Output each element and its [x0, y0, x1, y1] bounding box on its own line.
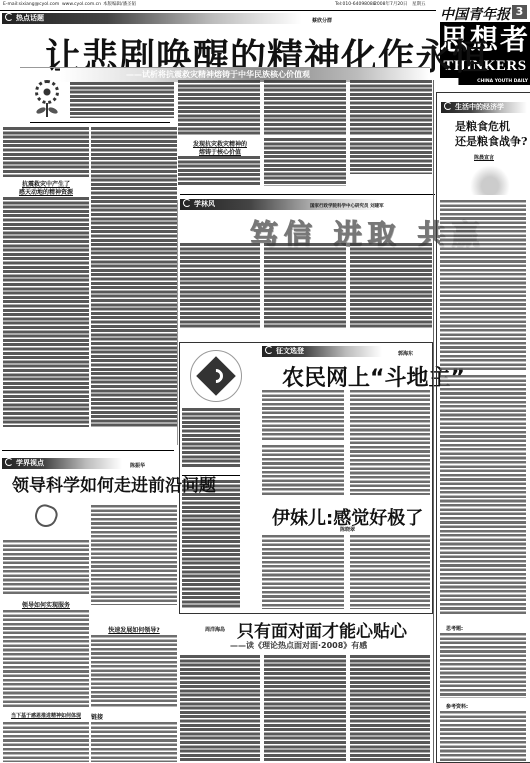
xuejie-subhead-3: 当下基于感恩推进精神如何体现 [3, 712, 89, 719]
header-website: www.cyol.com.cn [62, 0, 101, 10]
core-values-logo [190, 350, 242, 402]
lead-intro-text [70, 82, 174, 118]
zhengwen-col1-a [182, 408, 240, 468]
subheadline-text: ——试析将抗震救灾精神熔铸于中华民族核心价值观 [126, 70, 310, 79]
header-date: 2008年7月20日 [374, 0, 408, 10]
sidebar-text-a [440, 200, 526, 370]
sidebar-byline: 陈晨宣言 [474, 154, 494, 161]
xuejie-byline: 陈振华 [130, 462, 145, 469]
xuejie-subhead-2: 快速发展如何领导? [91, 625, 177, 634]
lily-illustration-icon [32, 502, 60, 530]
flower-illustration [32, 80, 62, 120]
section-label: 生活中的经济学 [455, 103, 504, 111]
leaf-icon [47, 106, 58, 115]
face-byline: 周洋海岛 [205, 626, 225, 633]
lead-col4-top [264, 80, 346, 136]
xuejie-link-label: 链接 [91, 712, 103, 721]
xuelin-byline: 国家行政学院科学中心研究员 刘建军 [310, 203, 384, 209]
sidebar-headline-2: 还是粮食战争? [455, 133, 527, 149]
lead-col1-a [3, 127, 89, 177]
lead-col5-b [350, 138, 432, 174]
section-label: 学界视点 [16, 459, 44, 467]
xuelin-col2 [264, 243, 346, 328]
sidebar-notes-label: 参考资料: [446, 703, 468, 710]
page-number: 3 [512, 5, 527, 19]
section-label: 学林风 [194, 200, 215, 208]
column-divider [177, 200, 178, 445]
yimeier-col1 [262, 535, 344, 609]
face-headline: 只有面对面才能心贴心 [237, 617, 407, 642]
section-icon [183, 199, 191, 207]
lead-col1-b [3, 197, 89, 427]
flower-head-icon [35, 80, 59, 104]
intro-rule [30, 122, 170, 123]
lead-col5-top [350, 80, 432, 136]
section-rule [2, 450, 174, 451]
section-icon [5, 458, 13, 466]
lead-col3-top [178, 80, 260, 136]
xuejie-headline: 领导科学如何走进前沿问题 [12, 471, 216, 496]
lead-col2 [91, 127, 177, 427]
yimeier-col2 [350, 535, 430, 609]
lead-subhead-4: 熔铸于核心价值 [180, 147, 260, 156]
section-label: 热点话题 [16, 14, 44, 22]
sidebar-questions [440, 633, 526, 698]
header-rule [0, 10, 436, 11]
zhengwen-col2-a [262, 390, 344, 440]
face-col3 [350, 655, 430, 761]
xuejie-col2-a [91, 505, 177, 605]
section-icon [5, 13, 13, 21]
sidebar-text-b [440, 375, 526, 615]
face-subheadline: ——读《理论热点面对面·2008》有感 [230, 640, 367, 651]
section-bar-xuejie: 学界视点 [2, 458, 122, 469]
face-col2 [264, 655, 346, 761]
lead-col3-b [178, 156, 260, 186]
header-tel: Tel:010-64098088 [335, 0, 376, 10]
zhengwen-byline: 郭海东 [398, 350, 413, 357]
section-rule [180, 194, 435, 195]
sidebar-notes [440, 711, 526, 761]
section-bar-economics: 生活中的经济学 [441, 102, 527, 113]
xuejie-subhead-1: 领导如何实现服务 [3, 600, 89, 609]
column-divider [433, 80, 434, 763]
section-icon [444, 102, 452, 110]
xuelin-col3 [350, 243, 432, 328]
face-col1 [180, 655, 260, 761]
zhengwen-col2-b [262, 445, 344, 495]
sidebar-question-label: 思考题: [446, 625, 463, 632]
leaf-icon [35, 106, 46, 115]
section-label: 征文选登 [276, 347, 304, 355]
xuejie-col1-b [3, 610, 89, 708]
header-email: E-mail:sixiang@cyol.com [3, 0, 59, 10]
lead-subhead-2: 感天动地的精神资源 [3, 187, 89, 196]
xuejie-col2-c [91, 722, 177, 762]
xuejie-col1-c [3, 722, 89, 762]
yimeier-byline: 陈晓翠 [340, 526, 355, 533]
xuejie-col2-b [91, 635, 177, 707]
section-bar-zhengwen: 征文选登 [262, 346, 382, 357]
zhengwen-col3 [350, 390, 430, 495]
masthead-paper-name: 中国青年报 [440, 4, 510, 24]
grain-sack-illustration-icon [470, 165, 510, 195]
zhengwen-col1-b [182, 480, 240, 608]
xuelin-col1 [180, 243, 260, 328]
header-editor: 本版编辑/潘圣韬 [103, 0, 136, 10]
sidebar-headline-1: 是粮食危机 [455, 118, 510, 134]
lead-byline: 蔡欣分群 [312, 17, 332, 24]
section-icon [265, 346, 273, 354]
xuejie-col1-a [3, 540, 89, 595]
header-weekday: 星期五 [412, 0, 426, 10]
section-bar-hot-topic: 热点话题 [2, 13, 302, 24]
lead-col4-b [264, 138, 346, 186]
